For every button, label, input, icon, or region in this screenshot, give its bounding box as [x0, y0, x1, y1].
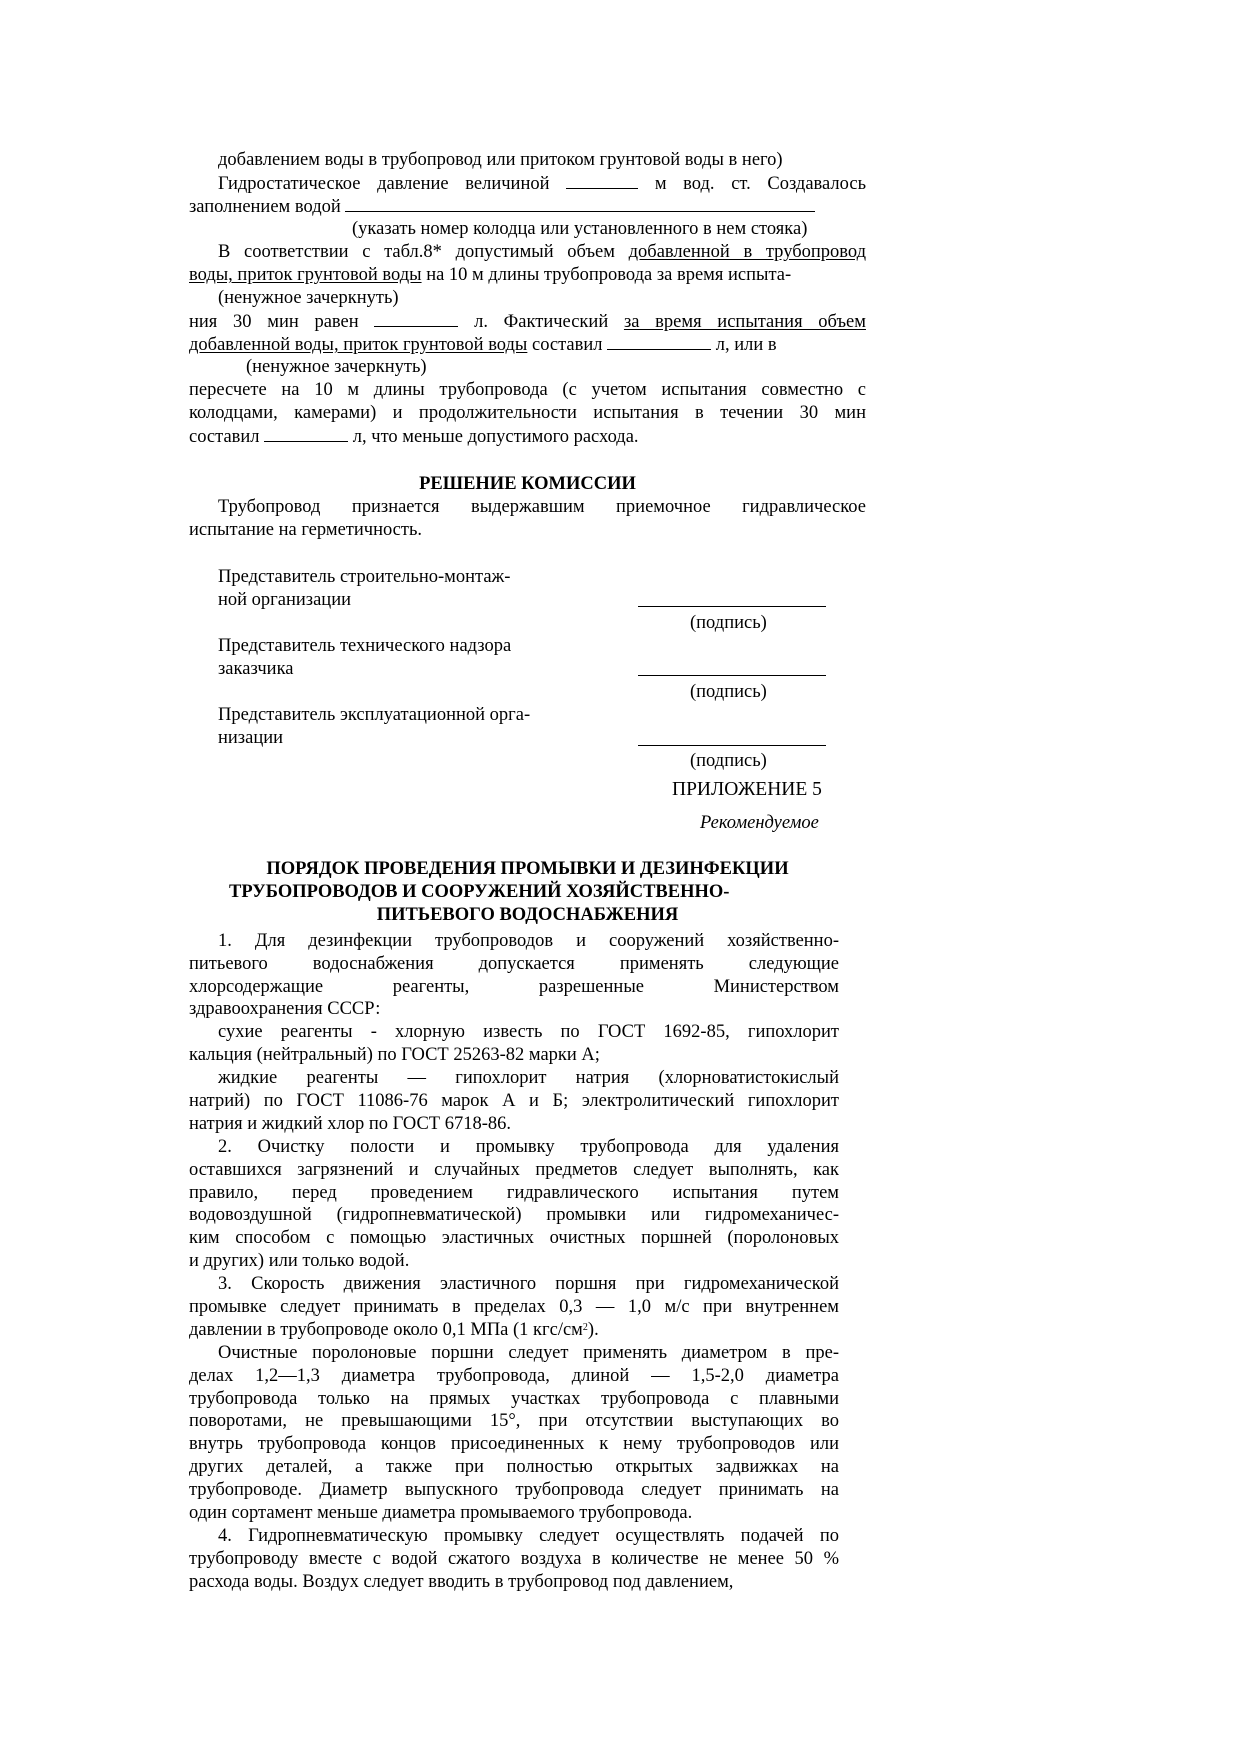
paragraph-line: жидкие реагенты — гипохлорит натрия (хло… [218, 1067, 839, 1089]
text-line: Гидростатическое давление величиной м во… [218, 172, 866, 195]
caption-note: (указать номер колодца или установленног… [352, 218, 807, 240]
paragraph-line: один сортамент меньше диаметра промываем… [189, 1502, 692, 1524]
text-line: испытание на герметичность. [189, 519, 422, 541]
section-heading: РЕШЕНИЕ КОМИССИИ [189, 473, 866, 495]
text-fragment: Гидростатическое давление величиной [218, 174, 550, 194]
blank-field-pressure[interactable] [566, 172, 638, 189]
paragraph-line: внутрь трубопровода концов присоединенны… [189, 1433, 839, 1455]
blank-field-actual-volume[interactable] [607, 333, 711, 350]
appendix-title: ТРУБОПРОВОДОВ И СООРУЖЕНИЙ ХОЗЯЙСТВЕННО- [229, 881, 729, 903]
paragraph-line: 2. Очистку полости и промывку трубопрово… [218, 1136, 839, 1158]
text-fragment: м вод. ст. Создавалось [655, 174, 866, 194]
caption-note: (ненужное зачеркнуть) [218, 287, 399, 309]
paragraph-line: правило, перед проведением гидравлическо… [189, 1182, 839, 1204]
paragraph-line: промывке следует принимать в пределах 0,… [189, 1296, 839, 1318]
underlined-option: добавленной воды, приток грунтовой воды [189, 335, 527, 355]
signature-line[interactable] [638, 675, 826, 676]
signatory-label: низации [218, 727, 283, 749]
paragraph-line: трубопровода только на прямых участках т… [189, 1388, 839, 1410]
paragraph-line: хлорсодержащие реагенты, разрешенные Мин… [189, 976, 839, 998]
caption-note: (ненужное зачеркнуть) [246, 356, 427, 378]
paragraph-line: здравоохранения СССР: [189, 998, 380, 1020]
signatory-label: Представитель эксплуатационной орга- [218, 704, 530, 726]
paragraph-line: сухие реагенты - хлорную известь по ГОСТ… [218, 1021, 839, 1043]
paragraph-line: оставшихся загрязнений и случайных предм… [189, 1159, 839, 1181]
paragraph-line: Очистные поролоновые поршни следует прим… [218, 1342, 839, 1364]
blank-field-recalculated-volume[interactable] [264, 425, 348, 442]
signatory-label: Представитель строительно-монтаж- [218, 566, 510, 588]
paragraph-line: поворотами, не превышающими 15°, при отс… [189, 1410, 839, 1432]
text-line: воды, приток грунтовой воды на 10 м длин… [189, 264, 791, 286]
paragraph-line: водовоздушной (гидропневматической) пром… [189, 1204, 839, 1226]
paragraph-line: 3. Скорость движения эластичного поршня … [218, 1273, 839, 1295]
paragraph-line: расхода воды. Воздух следует вводить в т… [189, 1571, 733, 1593]
text-fragment: В соответствии с табл.8* допустимый объе… [218, 242, 615, 262]
paragraph-line: 1. Для дезинфекции трубопроводов и соору… [218, 930, 839, 952]
text-line: Трубопровод признается выдержавшим прием… [218, 496, 866, 518]
paragraph-line: трубопроводу вместе с водой сжатого возд… [189, 1548, 839, 1570]
underlined-option: воды, приток грунтовой воды [189, 265, 422, 285]
text-line: В соответствии с табл.8* допустимый объе… [218, 241, 866, 263]
paragraph-line: ким способом с помощью эластичных очистн… [189, 1227, 839, 1249]
text-fragment: на 10 м длины трубопровода за время испы… [426, 265, 791, 285]
underlined-option: за время испытания объем [624, 312, 866, 332]
text-line: составил л, что меньше допустимого расхо… [189, 425, 639, 448]
text-fragment: заполнением водой [189, 197, 341, 217]
blank-field-well-number[interactable] [345, 195, 815, 212]
signatory-label: ной организации [218, 589, 351, 611]
signatory-label: Представитель технического надзора [218, 635, 511, 657]
paragraph-line: натрий) по ГОСТ 11086-76 марок А и Б; эл… [189, 1090, 839, 1112]
text-fragment: л, или в [716, 335, 777, 355]
signature-caption: (подпись) [690, 750, 767, 772]
text-line: пересчете на 10 м длины трубопровода (с … [189, 379, 866, 401]
signature-caption: (подпись) [690, 612, 767, 634]
text-line: добавленной воды, приток грунтовой воды … [189, 333, 777, 356]
signature-caption: (подпись) [690, 681, 767, 703]
text-line: добавлением воды в трубопровод или прито… [218, 149, 783, 171]
paragraph-line: других деталей, а также при полностью от… [189, 1456, 839, 1478]
text-fragment: ния 30 мин равен [189, 312, 359, 332]
text-fragment: составил [532, 335, 603, 355]
blank-field-allowed-volume[interactable] [374, 310, 458, 327]
paragraph-line: трубопроводе. Диаметр выпускного трубопр… [189, 1479, 839, 1501]
text-fragment: составил [189, 427, 260, 447]
appendix-title: ПОРЯДОК ПРОВЕДЕНИЯ ПРОМЫВКИ И ДЕЗИНФЕКЦИ… [189, 858, 866, 880]
signature-line[interactable] [638, 745, 826, 746]
paragraph-line: 4. Гидропневматическую промывку следует … [218, 1525, 839, 1547]
paragraph-line: питьевого водоснабжения допускается прим… [189, 953, 839, 975]
appendix-title: ПИТЬЕВОГО ВОДОСНАБЖЕНИЯ [189, 904, 866, 926]
paragraph-line: давлении в трубопроводе около 0,1 МПа (1… [189, 1319, 599, 1341]
paragraph-line: и других) или только водой. [189, 1250, 409, 1272]
text-fragment: л. Фактический [474, 312, 608, 332]
appendix-status: Рекомендуемое [700, 812, 819, 834]
appendix-label: ПРИЛОЖЕНИЕ 5 [672, 779, 822, 801]
paragraph-line: кальция (нейтральный) по ГОСТ 25263-82 м… [189, 1044, 600, 1066]
paragraph-line: натрия и жидкий хлор по ГОСТ 6718-86. [189, 1113, 511, 1135]
text-line: ния 30 мин равен л. Фактический за время… [189, 310, 866, 333]
text-fragment: л, что меньше допустимого расхода. [353, 427, 639, 447]
signatory-label: заказчика [218, 658, 294, 680]
text-line: колодцами, камерами) и продолжительности… [189, 402, 866, 424]
text-line: заполнением водой [189, 195, 815, 218]
signature-line[interactable] [638, 606, 826, 607]
underlined-option: добавленной в трубопровод [629, 242, 866, 262]
paragraph-line: делах 1,2—1,3 диаметра трубопровода, дли… [189, 1365, 839, 1387]
